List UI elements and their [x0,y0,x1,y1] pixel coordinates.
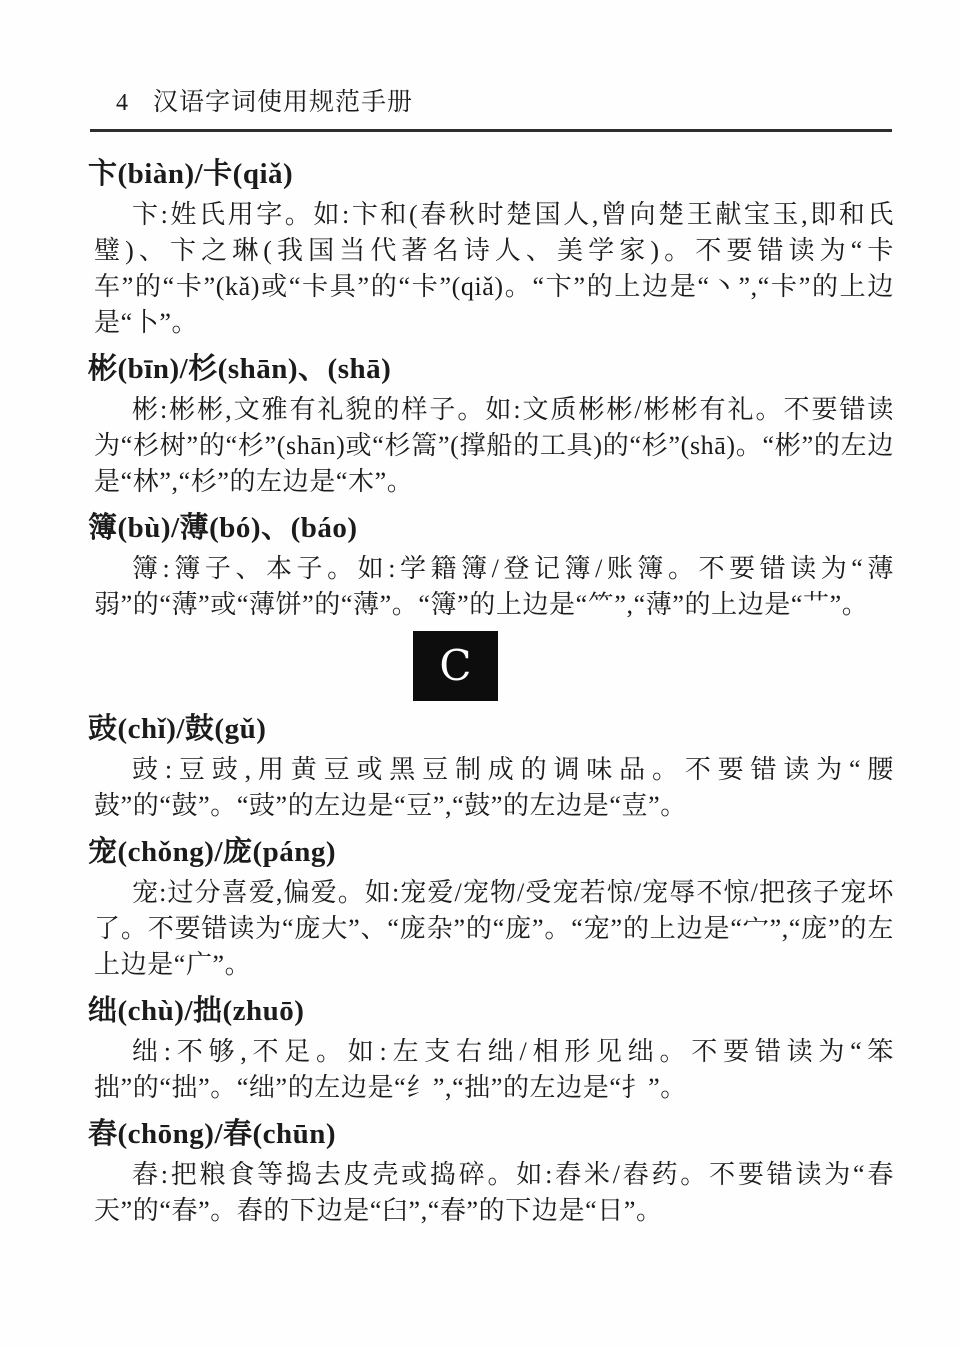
entry-body: 豉:豆豉,用黄豆或黑豆制成的调味品。不要错读为“腰鼓”的“鼓”。“豉”的左边是“… [94,752,894,824]
entry-body: 宠:过分喜爱,偏爱。如:宠爱/宠物/受宠若惊/宠辱不惊/把孩子宠坏了。不要错读为… [94,875,894,983]
book-title: 汉语字词使用规范手册 [153,88,413,118]
entry-headword: 彬(bīn)/杉(shān)、(shā) [88,351,892,387]
entry-list: 卞(biàn)/卡(qiǎ) 卞:姓氏用字。如:卞和(春秋时楚国人,曾向楚王献宝… [90,156,892,1229]
entry-body: 卞:姓氏用字。如:卞和(春秋时楚国人,曾向楚王献宝玉,即和氏璧)、卞之琳(我国当… [94,197,894,341]
entry-body: 舂:把粮食等捣去皮壳或捣碎。如:舂米/舂药。不要错读为“春天”的“春”。舂的下边… [94,1157,894,1229]
book-page: 4 汉语字词使用规范手册 卞(biàn)/卡(qiǎ) 卞:姓氏用字。如:卞和(… [0,0,960,1347]
entry-headword: 舂(chōng)/春(chūn) [88,1116,892,1152]
entry: 绌(chù)/拙(zhuō) 绌:不够,不足。如:左支右绌/相形见绌。不要错读为… [90,993,892,1106]
entry-headword: 簿(bù)/薄(bó)、(báo) [88,510,892,546]
page-number: 4 [116,88,129,118]
entry: 彬(bīn)/杉(shān)、(shā) 彬:彬彬,文雅有礼貌的样子。如:文质彬… [90,351,892,500]
header-rule [90,129,892,132]
page-header: 4 汉语字词使用规范手册 [90,88,892,118]
entry: 卞(biàn)/卡(qiǎ) 卞:姓氏用字。如:卞和(春秋时楚国人,曾向楚王献宝… [90,156,892,341]
entry-body: 绌:不够,不足。如:左支右绌/相形见绌。不要错读为“笨拙”的“拙”。“绌”的左边… [94,1034,894,1106]
entry-body: 彬:彬彬,文雅有礼貌的样子。如:文质彬彬/彬彬有礼。不要错读为“杉树”的“杉”(… [94,392,894,500]
entry-headword: 宠(chǒng)/庞(páng) [88,834,892,870]
section-letter: C [439,645,471,687]
entry: 簿(bù)/薄(bó)、(báo) 簿:簿子、本子。如:学籍簿/登记簿/账簿。不… [90,510,892,623]
entry-headword: 绌(chù)/拙(zhuō) [88,993,892,1029]
entry: 豉(chǐ)/鼓(gǔ) 豉:豆豉,用黄豆或黑豆制成的调味品。不要错读为“腰鼓”… [90,711,892,824]
entry: 舂(chōng)/春(chūn) 舂:把粮食等捣去皮壳或捣碎。如:舂米/舂药。不… [90,1116,892,1229]
entry-headword: 卞(biàn)/卡(qiǎ) [88,156,892,192]
entry-body: 簿:簿子、本子。如:学籍簿/登记簿/账簿。不要错读为“薄弱”的“薄”或“薄饼”的… [94,551,894,623]
entry-headword: 豉(chǐ)/鼓(gǔ) [88,711,892,747]
entry: 宠(chǒng)/庞(páng) 宠:过分喜爱,偏爱。如:宠爱/宠物/受宠若惊/… [90,834,892,983]
section-divider-c: C [413,631,498,701]
